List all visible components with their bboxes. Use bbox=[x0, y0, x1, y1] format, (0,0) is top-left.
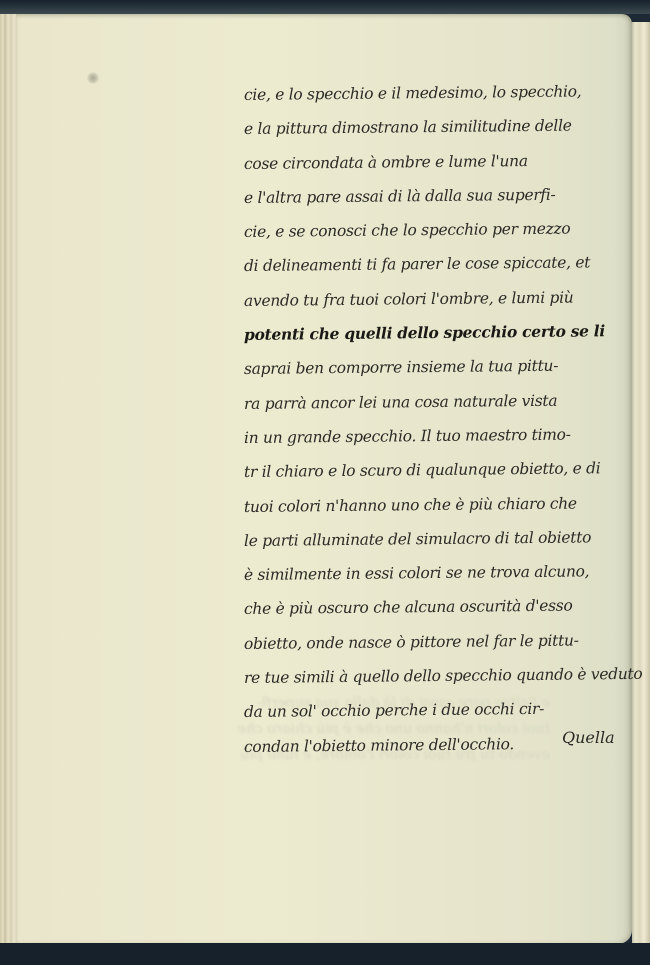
text-line: che è più oscuro che alcuna oscurità d'e… bbox=[244, 588, 634, 626]
text-line: cie, e se conosci che lo specchio per me… bbox=[244, 211, 634, 249]
ink-stain bbox=[86, 72, 100, 84]
text-line: re tue simili à quello dello specchio qu… bbox=[244, 657, 634, 695]
top-frame bbox=[0, 0, 650, 14]
text-line: tr il chiaro e lo scuro di qualunque obi… bbox=[244, 451, 634, 489]
text-line: è similmente in essi colori se ne trova … bbox=[244, 554, 634, 592]
text-line: ra parrà ancor lei una cosa naturale vis… bbox=[244, 383, 634, 421]
text-line: in un grande specchio. Il tuo maestro ti… bbox=[244, 417, 634, 455]
page-stack-left-edge bbox=[0, 14, 16, 944]
text-line: le parti alluminate del simulacro di tal… bbox=[244, 520, 634, 558]
text-line: cie, e lo specchio e il medesimo, lo spe… bbox=[244, 74, 634, 112]
text-line: potenti che quelli dello specchio certo … bbox=[244, 314, 634, 352]
handwritten-text-block: cie, e lo specchio e il medesimo, lo spe… bbox=[244, 78, 634, 764]
text-line: e l'altra pare assai di là dalla sua sup… bbox=[244, 177, 634, 215]
text-line: cose circondata à ombre e lume l'una bbox=[244, 143, 634, 181]
page-stack-right-edge bbox=[632, 22, 650, 947]
text-line: tuoi colori n'hanno uno che è più chiaro… bbox=[244, 485, 634, 523]
text-line: avendo tu fra tuoi colori l'ombre, e lum… bbox=[244, 280, 634, 318]
text-line: da un sol' occhio perche i due occhi cir… bbox=[244, 691, 634, 729]
text-line: obietto, onde nasce ò pittore nel far le… bbox=[244, 623, 634, 661]
text-line: saprai ben comporre insieme la tua pittu… bbox=[244, 348, 634, 386]
bottom-frame bbox=[0, 943, 650, 965]
text-line: di delineamenti ti fa parer le cose spic… bbox=[244, 245, 634, 283]
text-line: e la pittura dimostrano la similitudine … bbox=[244, 108, 634, 146]
scan-viewer: e l'altra pare assai di là dalla sua sup… bbox=[0, 0, 650, 965]
catchword: Quella bbox=[562, 728, 615, 747]
